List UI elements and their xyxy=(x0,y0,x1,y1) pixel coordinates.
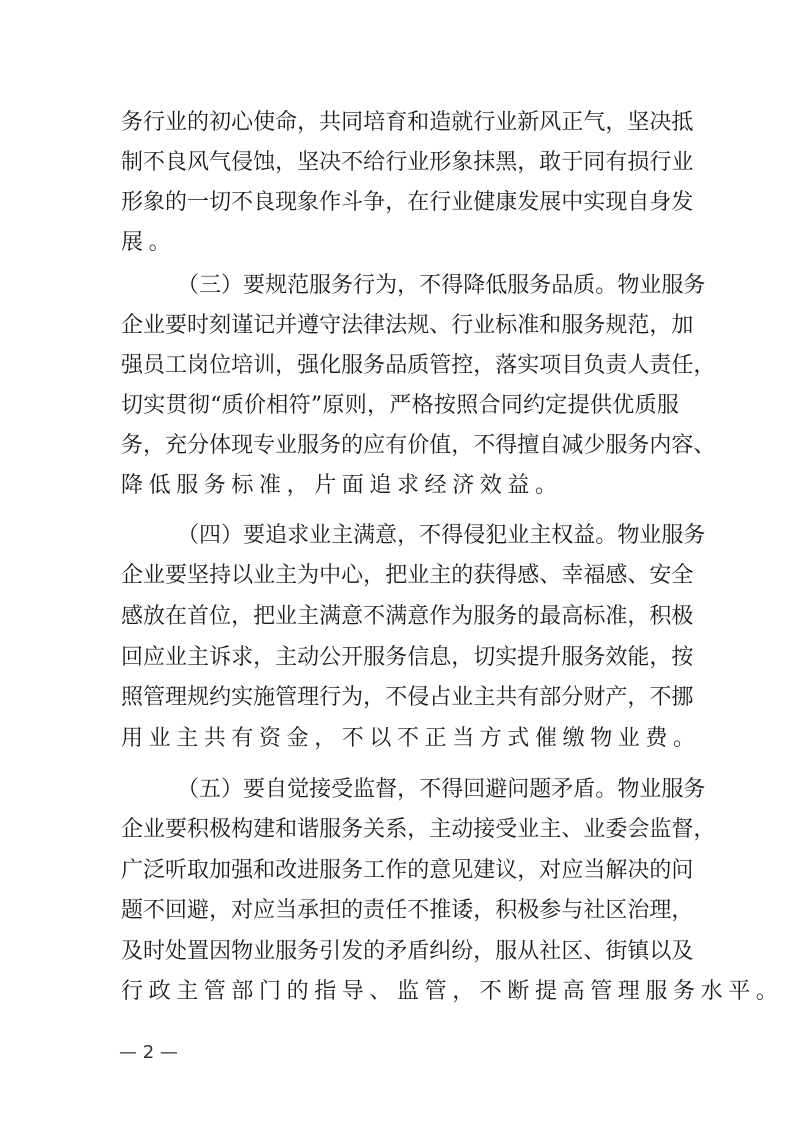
text-line: 感放在首位，把业主满意不满意作为服务的最高标准，积极 xyxy=(121,602,679,632)
text-line: 回应业主诉求，主动公开服务信息，切实提升服务效能，按 xyxy=(121,643,679,673)
text-line: 行政主管部门的指导、监管，不断提高管理服务水平。 xyxy=(121,977,679,1007)
text-line: 制不良风气侵蚀，坚决不给行业形象抹黑，敢于同有损行业 xyxy=(121,148,679,178)
text-line: 题不回避，对应当承担的责任不推诿，积极参与社区治理， xyxy=(121,896,679,926)
section-heading-line: （五）要自觉接受监督，不得回避问题矛盾。物业服务 xyxy=(177,775,679,805)
text-line: 降低服务标准，片面追求经济效益。 xyxy=(121,471,679,501)
text-line: 强员工岗位培训，强化服务品质管控，落实项目负责人责任， xyxy=(121,351,679,381)
text-line: 务，充分体现专业服务的应有价值，不得擅自减少服务内容、 xyxy=(121,431,679,461)
text-line: 用业主共有资金，不以不正当方式催缴物业费。 xyxy=(121,724,679,754)
text-line: 企业要坚持以业主为中心，把业主的获得感、幸福感、安全 xyxy=(121,561,679,591)
text-line: 务行业的初心使命，共同培育和造就行业新风正气，坚决抵 xyxy=(121,108,679,138)
text-line: 广泛听取加强和改进服务工作的意见建议，对应当解决的问 xyxy=(121,856,679,886)
document-page: 务行业的初心使命，共同培育和造就行业新风正气，坚决抵 制不良风气侵蚀，坚决不给行… xyxy=(0,0,800,1131)
text-line: 形象的一切不良现象作斗争，在行业健康发展中实现自身发 xyxy=(121,188,679,218)
text-line: 企业要时刻谨记并遵守法律法规、行业标准和服务规范，加 xyxy=(121,311,679,341)
text-line: 及时处置因物业服务引发的矛盾纠纷，服从社区、街镇以及 xyxy=(121,937,679,967)
section-heading-line: （四）要追求业主满意，不得侵犯业主权益。物业服务 xyxy=(177,521,679,551)
text-line: 切实贯彻“质价相符”原则，严格按照合同约定提供优质服 xyxy=(121,391,679,421)
text-line: 展。 xyxy=(121,228,679,258)
section-heading-line: （三）要规范服务行为，不得降低服务品质。物业服务 xyxy=(177,271,679,301)
text-line: 企业要积极构建和谐服务关系，主动接受业主、业委会监督， xyxy=(121,815,679,845)
page-number: — 2 — xyxy=(119,1040,178,1066)
text-line: 照管理规约实施管理行为，不侵占业主共有部分财产，不挪 xyxy=(121,683,679,713)
